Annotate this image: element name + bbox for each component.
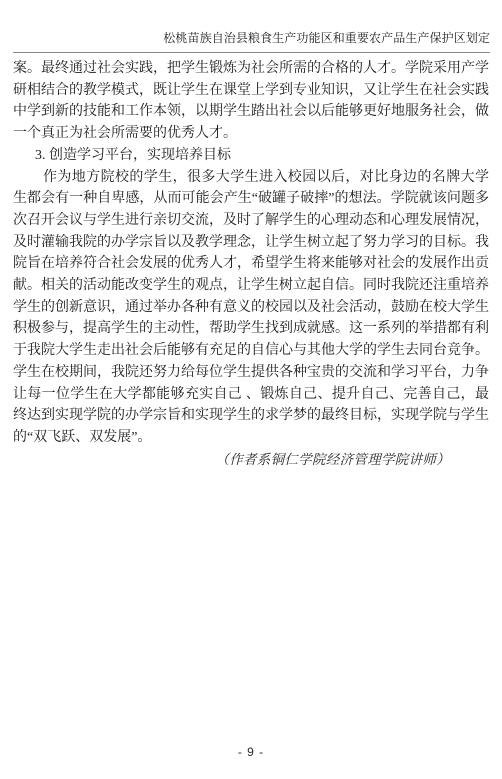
section-heading: 3. 创造学习平台，实现培养目标 [13,145,489,167]
header-title: 松桃苗族自治县粮食生产功能区和重要农产品生产保护区划定 [163,29,490,46]
document-page: 松桃苗族自治县粮食生产功能区和重要农产品生产保护区划定 案。最终通过社会实践，把… [0,0,502,779]
running-header: 松桃苗族自治县粮食生产功能区和重要农产品生产保护区划定 [13,0,490,53]
paragraph-continuation: 案。最终通过社会实践，把学生锻炼为社会所需的合格的人才。学院采用产学研相结合的教… [13,58,489,145]
body-text: 案。最终通过社会实践，把学生锻炼为社会所需的合格的人才。学院采用产学研相结合的教… [13,58,489,470]
page-number: - 9 - [0,745,502,759]
paragraph-main: 作为地方院校的学生，很多大学生进入校园以后，对比身边的名牌大学生都会有一种自卑感… [13,167,489,449]
author-attribution: （作者系铜仁学院经济管理学院讲师） [13,449,489,471]
